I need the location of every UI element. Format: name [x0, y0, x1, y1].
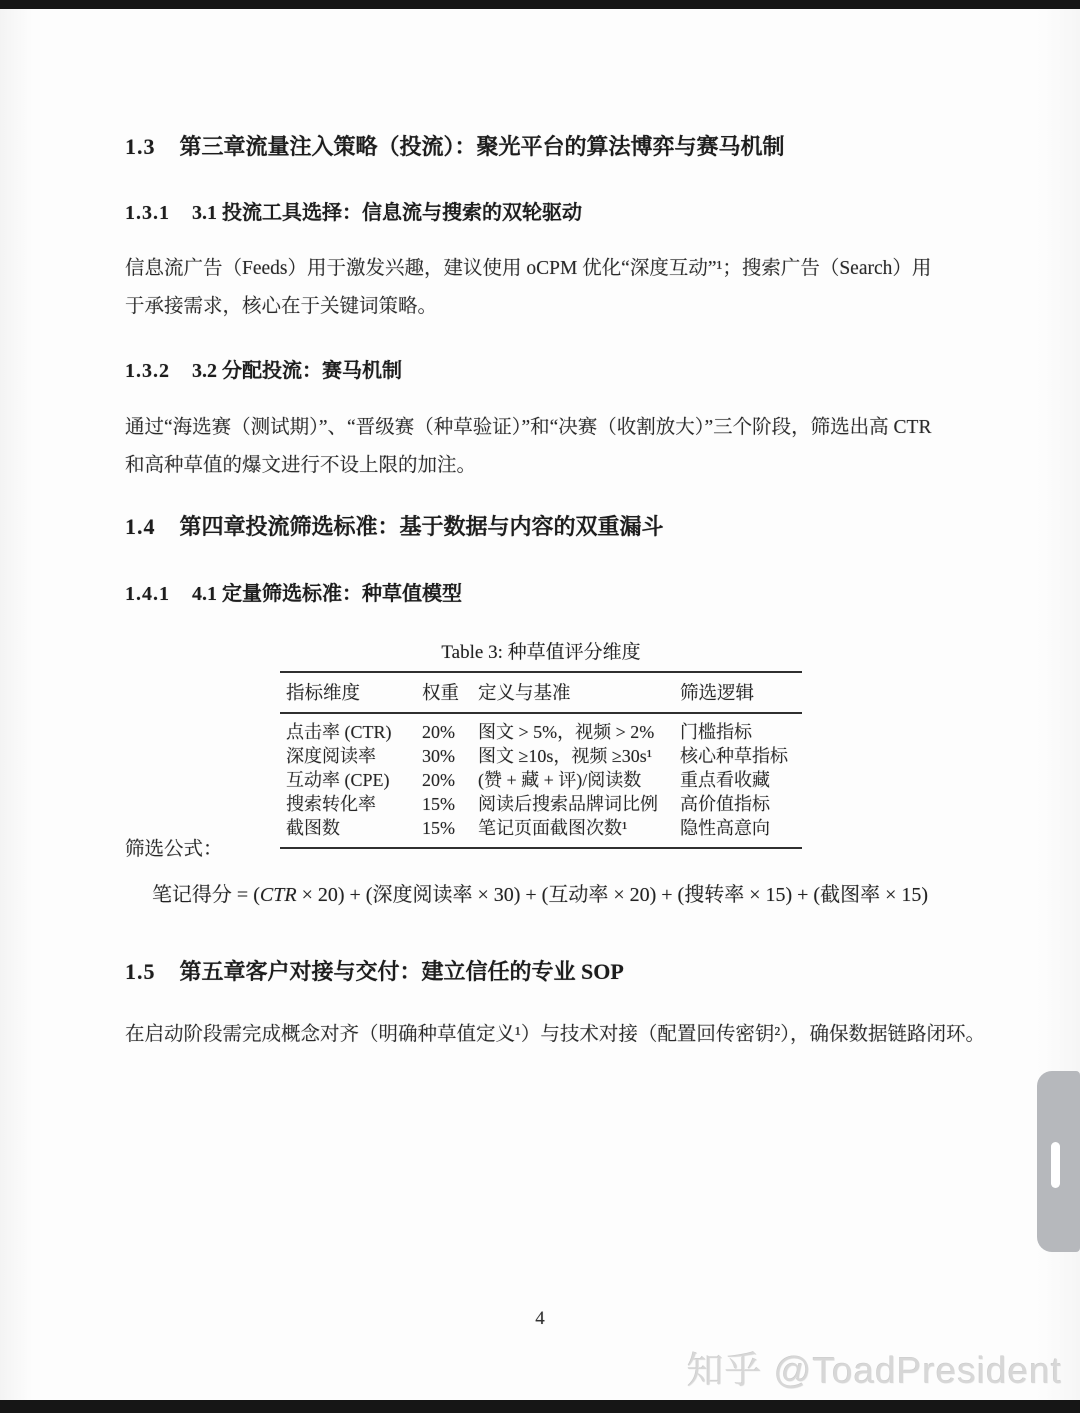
table-cell: 隐性高意向 — [680, 816, 802, 848]
table-cell: 阅读后搜索品牌词比例 — [478, 792, 680, 816]
table-cell: 搜索转化率 — [280, 792, 422, 816]
subsection-number: 1.3.1 — [125, 202, 170, 224]
table-cell: 高价值指标 — [680, 792, 802, 816]
section-number: 1.3 — [125, 134, 156, 159]
table-cell: 门槛指标 — [680, 713, 802, 744]
table-cell: 图文 > 5%，视频 > 2% — [478, 713, 680, 744]
paragraph-line: 信息流广告（Feeds）用于激发兴趣，建议使用 oCPM 优化“深度互动”¹；搜… — [125, 250, 965, 288]
table-cell: 深度阅读率 — [280, 744, 422, 768]
formula-suffix: × 20) + (深度阅读率 × 30) + (互动率 × 20) + (搜转率… — [297, 884, 928, 906]
subsection-title: 4.1 定量筛选标准：种草值模型 — [192, 583, 462, 605]
table-header-cell: 筛选逻辑 — [680, 672, 802, 713]
table-header: 指标维度 权重 定义与基准 筛选逻辑 — [280, 672, 802, 713]
subsection-heading-1-4-1: 1.4.14.1 定量筛选标准：种草值模型 — [125, 577, 462, 606]
document-page: 1.3第三章流量注入策略（投流）：聚光平台的算法博弈与赛马机制 1.3.13.1… — [0, 0, 1080, 1413]
scoring-formula: 笔记得分 = (CTR × 20) + (深度阅读率 × 30) + (互动率 … — [0, 878, 1080, 907]
paragraph-feeds: 信息流广告（Feeds）用于激发兴趣，建议使用 oCPM 优化“深度互动”¹；搜… — [125, 250, 965, 326]
table-grid: 指标维度 权重 定义与基准 筛选逻辑 点击率 (CTR) 20% 图文 > 5%… — [280, 671, 802, 849]
subsection-heading-1-3-2: 1.3.23.2 分配投流：赛马机制 — [125, 354, 402, 383]
section-heading-1-3: 1.3第三章流量注入策略（投流）：聚光平台的算法博弈与赛马机制 — [125, 130, 785, 161]
table-row: 搜索转化率 15% 阅读后搜索品牌词比例 高价值指标 — [280, 792, 802, 816]
table-cell: 30% — [422, 744, 478, 768]
table-row: 深度阅读率 30% 图文 ≥10s，视频 ≥30s¹ 核心种草指标 — [280, 744, 802, 768]
section-number: 1.4 — [125, 514, 156, 539]
watermark: 知乎 @ToadPresident — [687, 1340, 1062, 1394]
table-cell: 核心种草指标 — [680, 744, 802, 768]
section-title: 第五章客户对接与交付：建立信任的专业 SOP — [180, 959, 624, 984]
table-caption: Table 3: 种草值评分维度 — [280, 637, 802, 664]
table-cell: 互动率 (CPE) — [280, 768, 422, 792]
subsection-number: 1.3.2 — [125, 360, 170, 382]
subsection-number: 1.4.1 — [125, 583, 170, 605]
table-cell: 点击率 (CTR) — [280, 713, 422, 744]
subsection-title: 3.2 分配投流：赛马机制 — [192, 360, 402, 382]
scrollbar-thumb[interactable] — [1037, 1071, 1080, 1252]
table-cell: 笔记页面截图次数¹ — [478, 816, 680, 848]
section-heading-1-4: 1.4第四章投流筛选标准：基于数据与内容的双重漏斗 — [125, 510, 664, 541]
table-row: 点击率 (CTR) 20% 图文 > 5%，视频 > 2% 门槛指标 — [280, 713, 802, 744]
table-header-cell: 指标维度 — [280, 672, 422, 713]
table-row: 互动率 (CPE) 20% (赞 + 藏 + 评)/阅读数 重点看收藏 — [280, 768, 802, 792]
paragraph-line: 于承接需求，核心在于关键词策略。 — [125, 288, 965, 326]
table-cell: 20% — [422, 768, 478, 792]
scrollbar-thumb-grip — [1051, 1142, 1060, 1188]
table-cell: 20% — [422, 713, 478, 744]
top-edge-bar — [0, 0, 1080, 9]
table-header-cell: 权重 — [422, 672, 478, 713]
formula-label: 筛选公式： — [125, 833, 223, 861]
table-header-cell: 定义与基准 — [478, 672, 680, 713]
subsection-heading-1-3-1: 1.3.13.1 投流工具选择：信息流与搜索的双轮驱动 — [125, 196, 582, 225]
table-row: 截图数 15% 笔记页面截图次数¹ 隐性高意向 — [280, 816, 802, 848]
paragraph-line: 通过“海选赛（测试期）”、“晋级赛（种草验证）”和“决赛（收割放大）”三个阶段，… — [125, 409, 965, 447]
table-cell: 截图数 — [280, 816, 422, 848]
table-cell: 15% — [422, 792, 478, 816]
bottom-edge-bar — [0, 1400, 1080, 1413]
section-title: 第四章投流筛选标准：基于数据与内容的双重漏斗 — [180, 514, 664, 539]
table-cell: (赞 + 藏 + 评)/阅读数 — [478, 768, 680, 792]
scoring-table: Table 3: 种草值评分维度 指标维度 权重 定义与基准 筛选逻辑 点击率 … — [280, 637, 802, 849]
subsection-title: 3.1 投流工具选择：信息流与搜索的双轮驱动 — [192, 202, 582, 224]
paragraph-sop: 在启动阶段需完成概念对齐（明确种草值定义¹）与技术对接（配置回传密钥²），确保数… — [125, 1016, 965, 1054]
page-number: 4 — [0, 1308, 1080, 1330]
section-number: 1.5 — [125, 959, 156, 984]
section-heading-1-5: 1.5第五章客户对接与交付：建立信任的专业 SOP — [125, 955, 624, 986]
paragraph-line: 和高种草值的爆文进行不设上限的加注。 — [125, 447, 965, 485]
table-cell: 图文 ≥10s，视频 ≥30s¹ — [478, 744, 680, 768]
paragraph-horse-race: 通过“海选赛（测试期）”、“晋级赛（种草验证）”和“决赛（收割放大）”三个阶段，… — [125, 409, 965, 485]
formula-prefix: 笔记得分 = ( — [152, 884, 260, 906]
table-cell: 15% — [422, 816, 478, 848]
paragraph-line: 在启动阶段需完成概念对齐（明确种草值定义¹）与技术对接（配置回传密钥²），确保数… — [125, 1016, 965, 1054]
section-title: 第三章流量注入策略（投流）：聚光平台的算法博弈与赛马机制 — [180, 134, 785, 159]
formula-variable-ctr: CTR — [260, 884, 297, 906]
table-cell: 重点看收藏 — [680, 768, 802, 792]
